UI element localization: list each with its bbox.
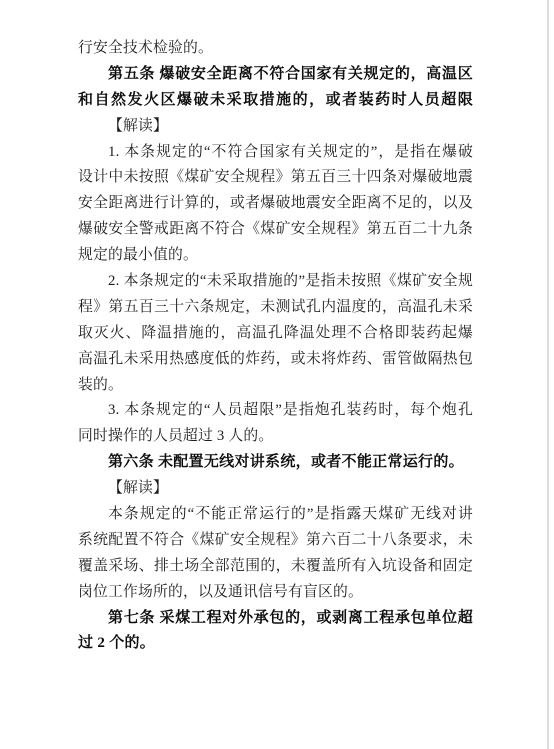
text-line: 高温孔未采用热感度低的炸药，或未将炸药、雷管做隔热包 xyxy=(78,347,473,373)
text-line: 设计中未按照《煤矿安全规程》第五百三十四条对爆破地震 xyxy=(78,165,473,191)
text-line: 系统配置不符合《煤矿安全规程》第六百二十八条要求，未 xyxy=(78,528,473,554)
text-line: 行安全技术检验的。 xyxy=(78,36,473,62)
article-7-heading-line: 第七条 采煤工程对外承包的，或剥离工程承包单位超 xyxy=(78,606,473,632)
text-line: 取灭火、降温措施的，高温孔降温处理不合格即装药起爆的， xyxy=(78,321,473,347)
text-line: 同时操作的人员超过 3 人的。 xyxy=(78,424,473,450)
text-line: 2. 本条规定的“未采取措施的”是指未按照《煤矿安全规 xyxy=(78,269,473,295)
text-line: 爆破安全警戒距离不符合《煤矿安全规程》第五百二十九条 xyxy=(78,217,473,243)
interpretation-label: 【解读】 xyxy=(78,114,473,140)
text-line: 岗位工作场所的，以及通讯信号有盲区的。 xyxy=(78,580,473,606)
text-line: 3. 本条规定的“人员超限”是指炮孔装药时，每个炮孔 xyxy=(78,398,473,424)
interpretation-label: 【解读】 xyxy=(78,476,473,502)
article-5-heading-line: 和自然发火区爆破未采取措施的，或者装药时人员超限的。 xyxy=(78,88,473,114)
text-line: 程》第五百三十六条规定，未测试孔内温度的，高温孔未采 xyxy=(78,295,473,321)
text-line: 规定的最小值的。 xyxy=(78,243,473,269)
document-text-block: 行安全技术检验的。 第五条 爆破安全距离不符合国家有关规定的，高温区 和自然发火… xyxy=(78,36,473,657)
text-line: 装的。 xyxy=(78,373,473,399)
article-7-heading-line: 过 2 个的。 xyxy=(78,631,473,657)
text-line: 本条规定的“不能正常运行的”是指露天煤矿无线对讲 xyxy=(78,502,473,528)
text-line: 覆盖采场、排土场全部范围的，未覆盖所有入坑设备和固定 xyxy=(78,554,473,580)
page-edge-line xyxy=(547,0,549,749)
text-line: 1. 本条规定的“不符合国家有关规定的”，是指在爆破 xyxy=(78,140,473,166)
article-6-heading-line: 第六条 未配置无线对讲系统，或者不能正常运行的。 xyxy=(78,450,473,476)
text-line: 安全距离进行计算的，或者爆破地震安全距离不足的，以及 xyxy=(78,191,473,217)
article-5-heading-line: 第五条 爆破安全距离不符合国家有关规定的，高温区 xyxy=(78,62,473,88)
document-page: 行安全技术检验的。 第五条 爆破安全距离不符合国家有关规定的，高温区 和自然发火… xyxy=(0,0,554,749)
